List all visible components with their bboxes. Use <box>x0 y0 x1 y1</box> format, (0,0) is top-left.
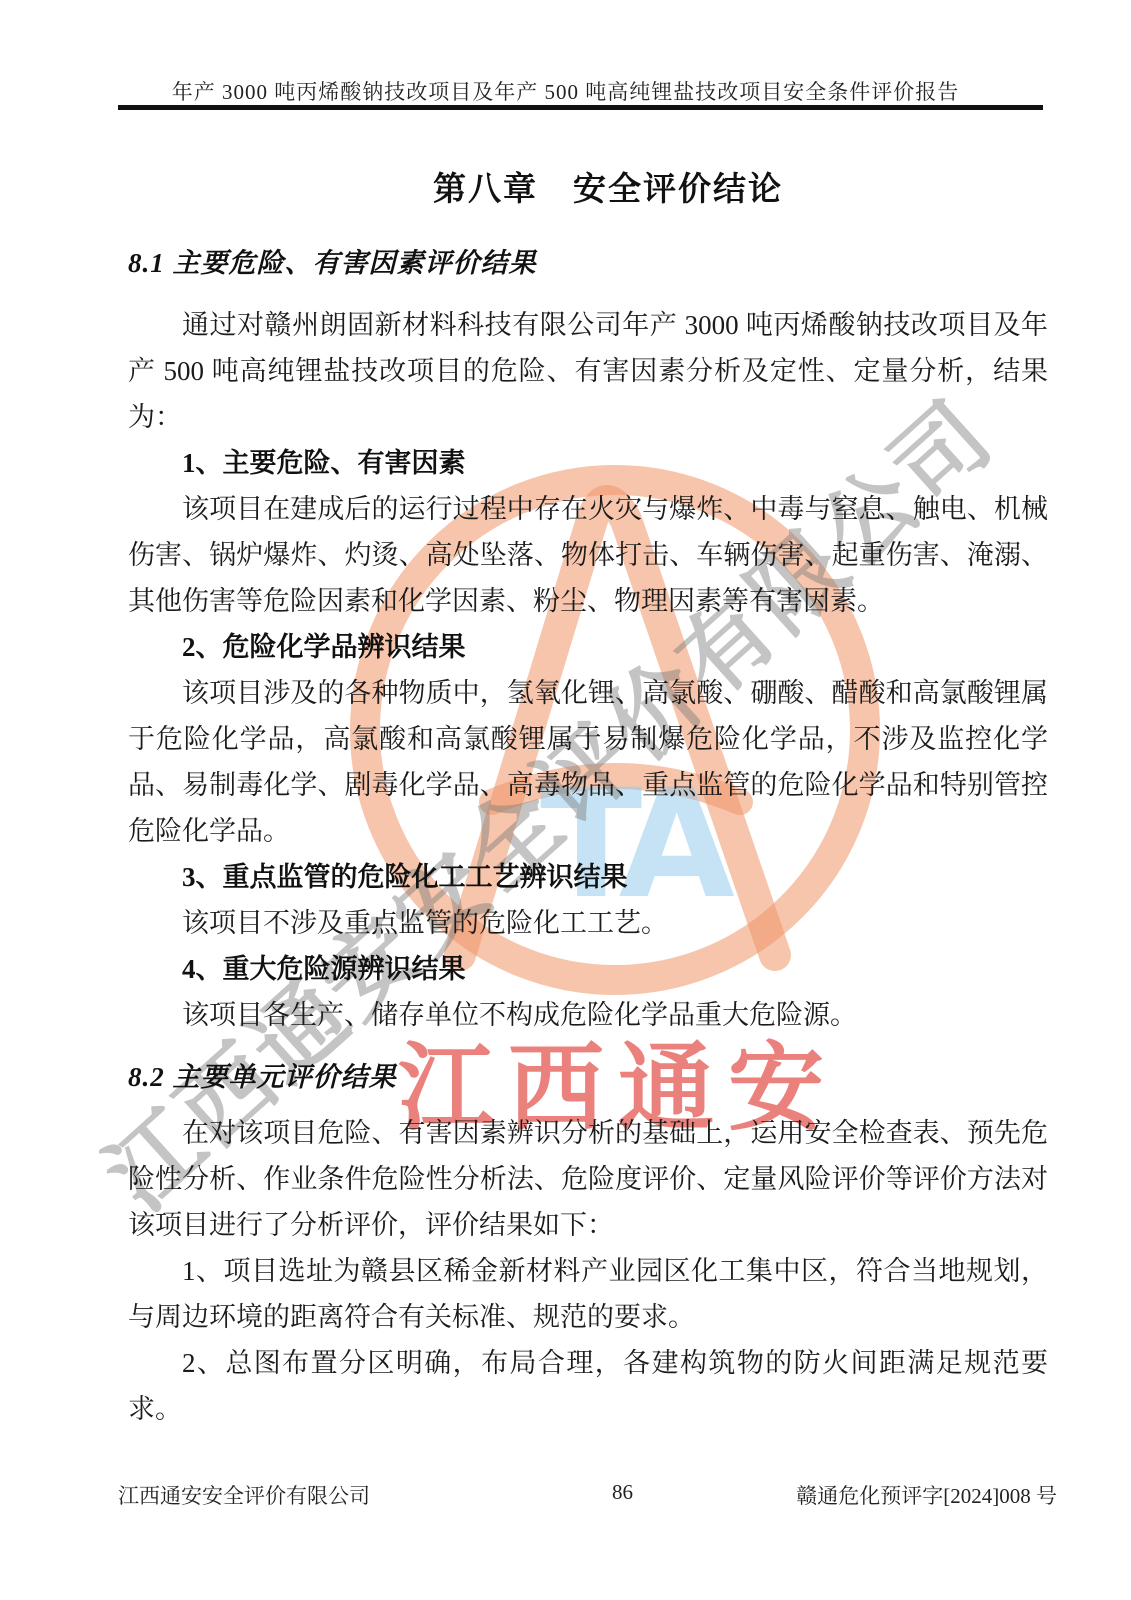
header-rule <box>118 105 1043 110</box>
document-page: TA 江西通安安全评价有限公司 江西通安 年产 3000 吨丙烯酸钠技改项目及年… <box>0 0 1131 1600</box>
footer-doc-number: 赣通危化预评字[2024]008 号 <box>796 1480 1057 1510</box>
chapter-title: 第八章 安全评价结论 <box>128 163 1088 210</box>
paragraph: 该项目在建成后的运行过程中存在火灾与爆炸、中毒与窒息、触电、机械伤害、锅炉爆炸、… <box>128 486 1048 624</box>
running-head: 年产 3000 吨丙烯酸钠技改项目及年产 500 吨高纯锂盐技改项目安全条件评价… <box>0 76 1131 106</box>
sub-heading-4: 4、重大危险源辨识结果 <box>128 946 1048 992</box>
page-footer: 江西通安安全评价有限公司 86 赣通危化预评字[2024]008 号 <box>0 1480 1131 1510</box>
sub-heading-3: 3、重点监管的危险化工工艺辨识结果 <box>128 854 1048 900</box>
paragraph: 在对该项目危险、有害因素辨识分析的基础上，运用安全检查表、预先危险性分析、作业条… <box>128 1110 1048 1248</box>
footer-company: 江西通安安全评价有限公司 <box>118 1480 370 1510</box>
paragraph: 2、总图布置分区明确，布局合理，各建构筑物的防火间距满足规范要求。 <box>128 1340 1048 1432</box>
paragraph: 该项目不涉及重点监管的危险化工工艺。 <box>128 900 1048 946</box>
section-heading-8-1: 8.1 主要危险、有害因素评价结果 <box>128 240 1048 286</box>
paragraph: 通过对赣州朗固新材料科技有限公司年产 3000 吨丙烯酸钠技改项目及年产 500… <box>128 302 1048 440</box>
paragraph: 该项目涉及的各种物质中，氢氧化锂、高氯酸、硼酸、醋酸和高氯酸锂属于危险化学品，高… <box>128 670 1048 854</box>
sub-heading-1: 1、主要危险、有害因素 <box>128 440 1048 486</box>
paragraph: 该项目各生产、储存单位不构成危险化学品重大危险源。 <box>128 992 1048 1038</box>
section-heading-8-2: 8.2 主要单元评价结果 <box>128 1054 1048 1100</box>
paragraph: 1、项目选址为赣县区稀金新材料产业园区化工集中区，符合当地规划，与周边环境的距离… <box>128 1248 1048 1340</box>
document-body: 8.1 主要危险、有害因素评价结果 通过对赣州朗固新材料科技有限公司年产 300… <box>128 240 1048 1432</box>
sub-heading-2: 2、危险化学品辨识结果 <box>128 624 1048 670</box>
footer-page-number: 86 <box>612 1480 633 1505</box>
